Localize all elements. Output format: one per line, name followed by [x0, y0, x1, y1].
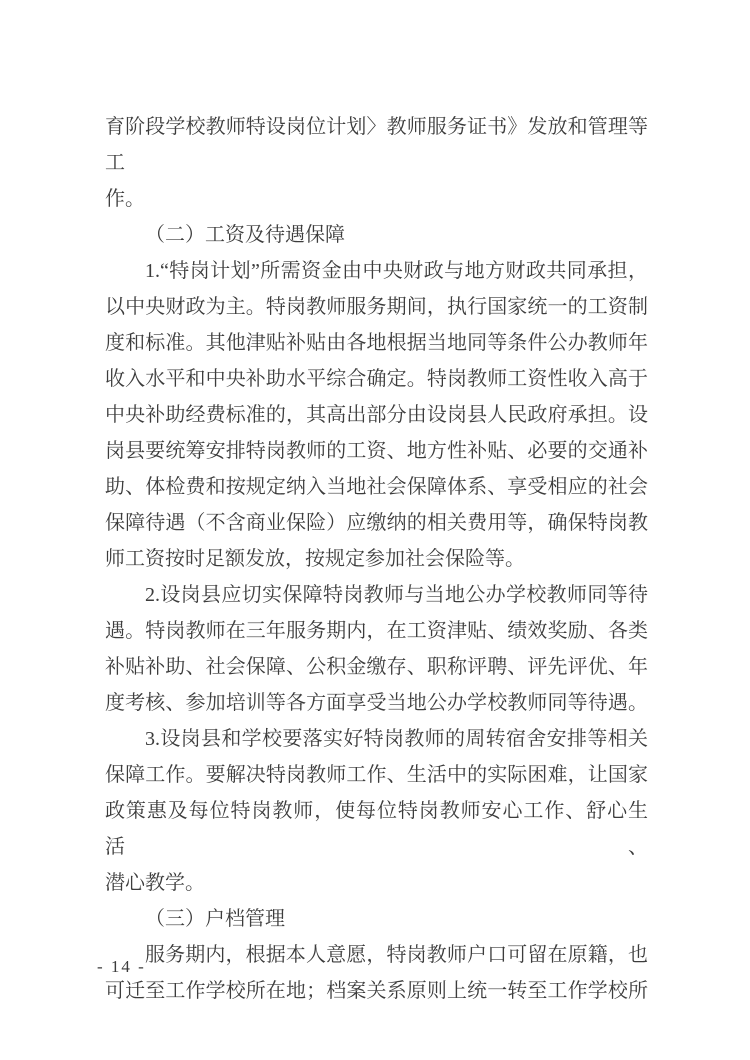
page-number: - 14 -: [97, 956, 146, 978]
text-line: 保障待遇（不含商业保险）应缴纳的相关费用等，确保特岗教: [105, 505, 648, 541]
text-line: 服务期内，根据本人意愿，特岗教师户口可留在原籍，也: [105, 937, 648, 973]
text-line: 政策惠及每位特岗教师，使每位特岗教师安心工作、舒心生活、: [105, 793, 648, 865]
document-page: 育阶段学校教师特设岗位计划〉教师服务证书》发放和管理等工 作。 （二）工资及待遇…: [0, 0, 750, 1060]
text-line: 2.设岗县应切实保障特岗教师与当地公办学校教师同等待: [105, 577, 648, 613]
text-line: 遇。特岗教师在三年服务期内，在工资津贴、绩效奖励、各类: [105, 613, 648, 649]
text-line: 助、体检费和按规定纳入当地社会保障体系、享受相应的社会: [105, 469, 648, 505]
text-line: 3.设岗县和学校要落实好特岗教师的周转宿舍安排等相关: [105, 721, 648, 757]
text-line: 中央补助经费标准的，其高出部分由设岗县人民政府承担。设: [105, 397, 648, 433]
text-line: 潜心教学。: [105, 865, 648, 901]
text-line: 收入水平和中央补助水平综合确定。特岗教师工资性收入高于: [105, 361, 648, 397]
text-line: 度考核、参加培训等各方面享受当地公办学校教师同等待遇。: [105, 685, 648, 721]
text-line: 岗县要统筹安排特岗教师的工资、地方性补贴、必要的交通补: [105, 433, 648, 469]
text-line: 1.“特岗计划”所需资金由中央财政与地方财政共同承担，: [105, 253, 648, 289]
text-line: 保障工作。要解决特岗教师工作、生活中的实际困难，让国家: [105, 757, 648, 793]
document-body: 育阶段学校教师特设岗位计划〉教师服务证书》发放和管理等工 作。 （二）工资及待遇…: [105, 109, 648, 1009]
text-line: 可迁至工作学校所在地；档案关系原则上统一转至工作学校所: [105, 973, 648, 1009]
section-heading: （三）户档管理: [105, 901, 648, 937]
text-line: 度和标准。其他津贴补贴由各地根据当地同等条件公办教师年: [105, 325, 648, 361]
text-line: 育阶段学校教师特设岗位计划〉教师服务证书》发放和管理等工: [105, 109, 648, 181]
text-line: 作。: [105, 181, 648, 217]
text-line: 师工资按时足额发放，按规定参加社会保险等。: [105, 541, 648, 577]
text-line: 补贴补助、社会保障、公积金缴存、职称评聘、评先评优、年: [105, 649, 648, 685]
text-line: 以中央财政为主。特岗教师服务期间，执行国家统一的工资制: [105, 289, 648, 325]
section-heading: （二）工资及待遇保障: [105, 217, 648, 253]
